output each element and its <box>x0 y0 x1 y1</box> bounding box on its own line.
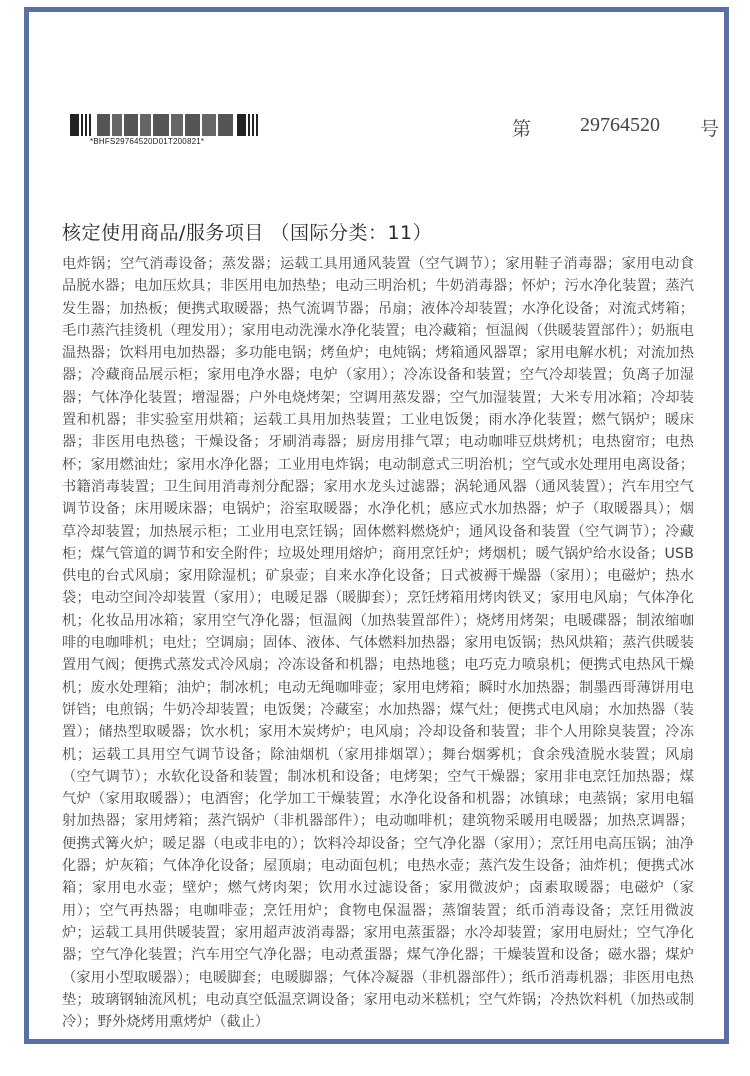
goods-services-list: 电炸锅；空气消毒设备；蒸发器；运载工具用通风装置（空气调节）；家用鞋子消毒器；家… <box>62 253 694 1033</box>
barcode <box>70 114 260 136</box>
section-title: 核定使用商品/服务项目 （国际分类：11） <box>62 218 432 245</box>
registration-number-value: 29764520 <box>580 114 680 141</box>
barcode-code-text: *BHFS29764520D01T200821* <box>90 137 204 146</box>
registration-number: 第 29764520 号 <box>512 114 719 141</box>
registration-suffix: 号 <box>700 114 719 141</box>
registration-prefix: 第 <box>512 114 580 141</box>
